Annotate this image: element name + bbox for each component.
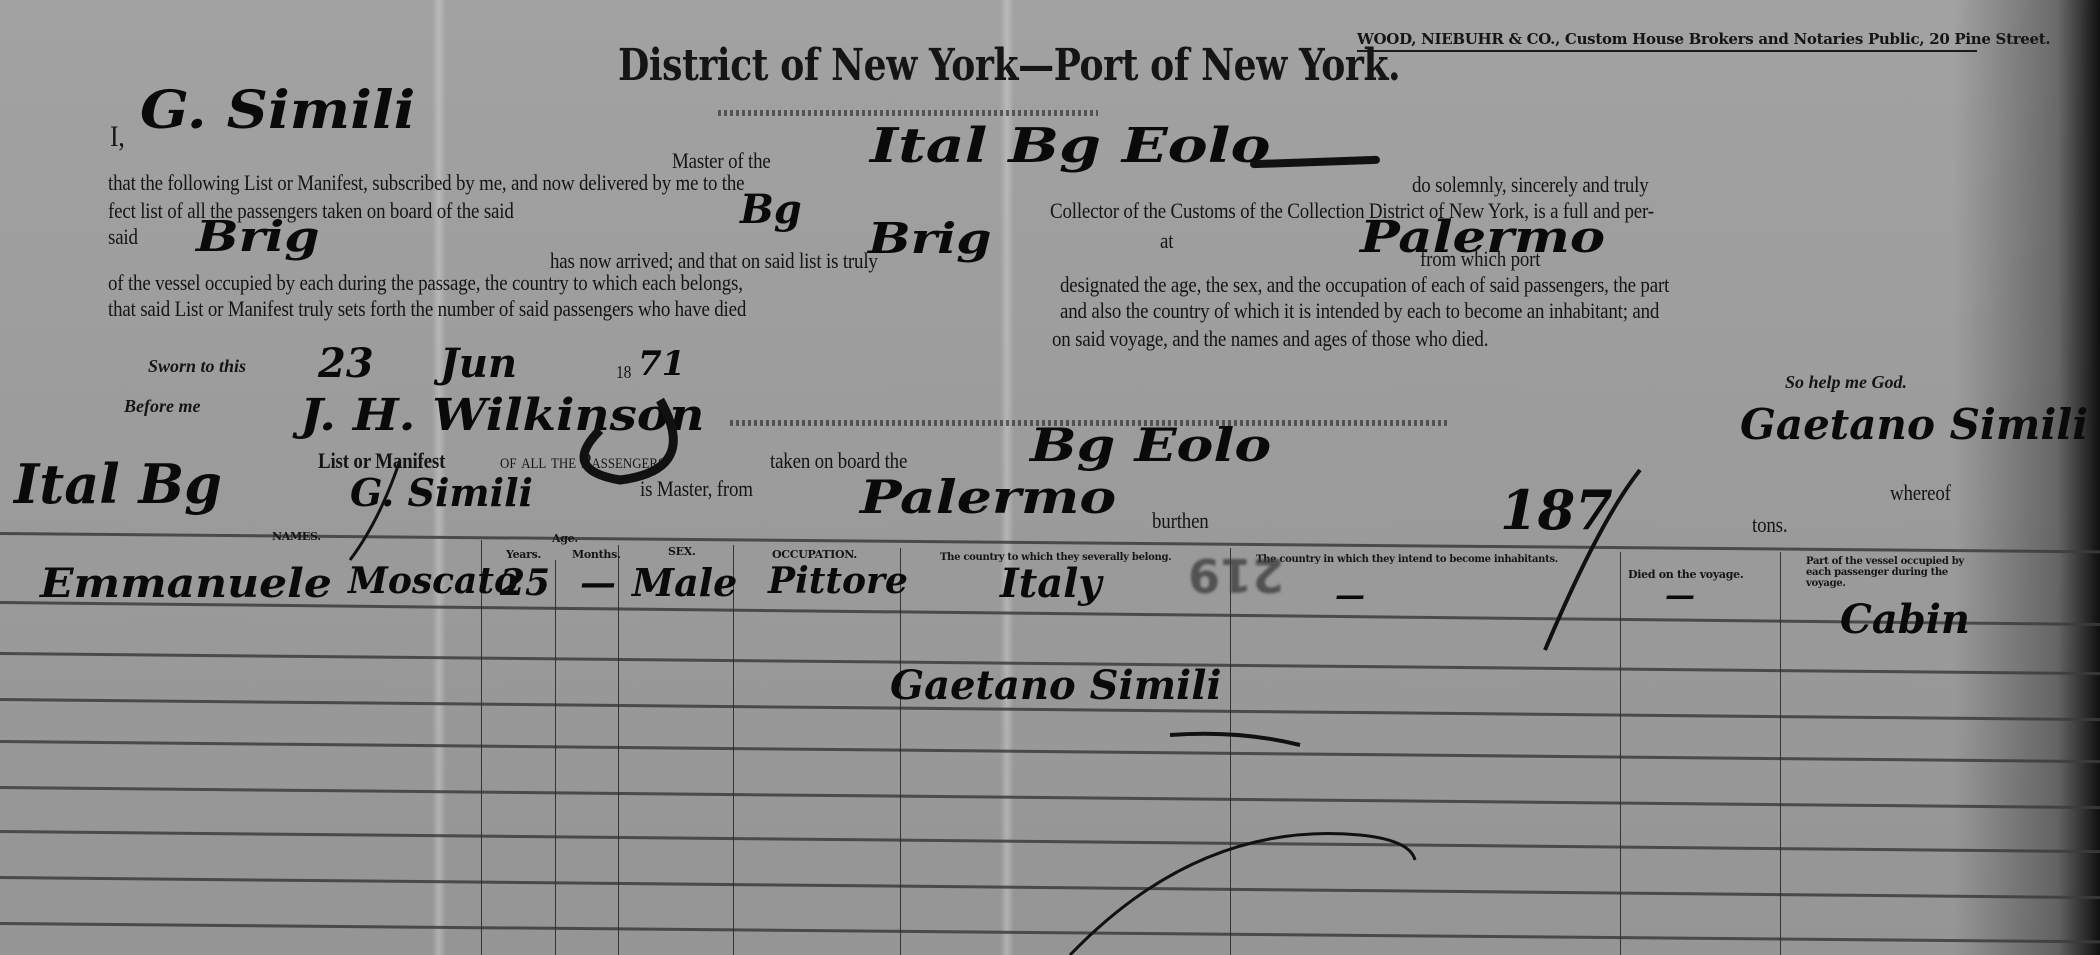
manifest-page: WOOD, NIEBUHR & CO., Custom House Broker… xyxy=(0,0,2100,955)
ink-strokes xyxy=(0,0,2100,955)
